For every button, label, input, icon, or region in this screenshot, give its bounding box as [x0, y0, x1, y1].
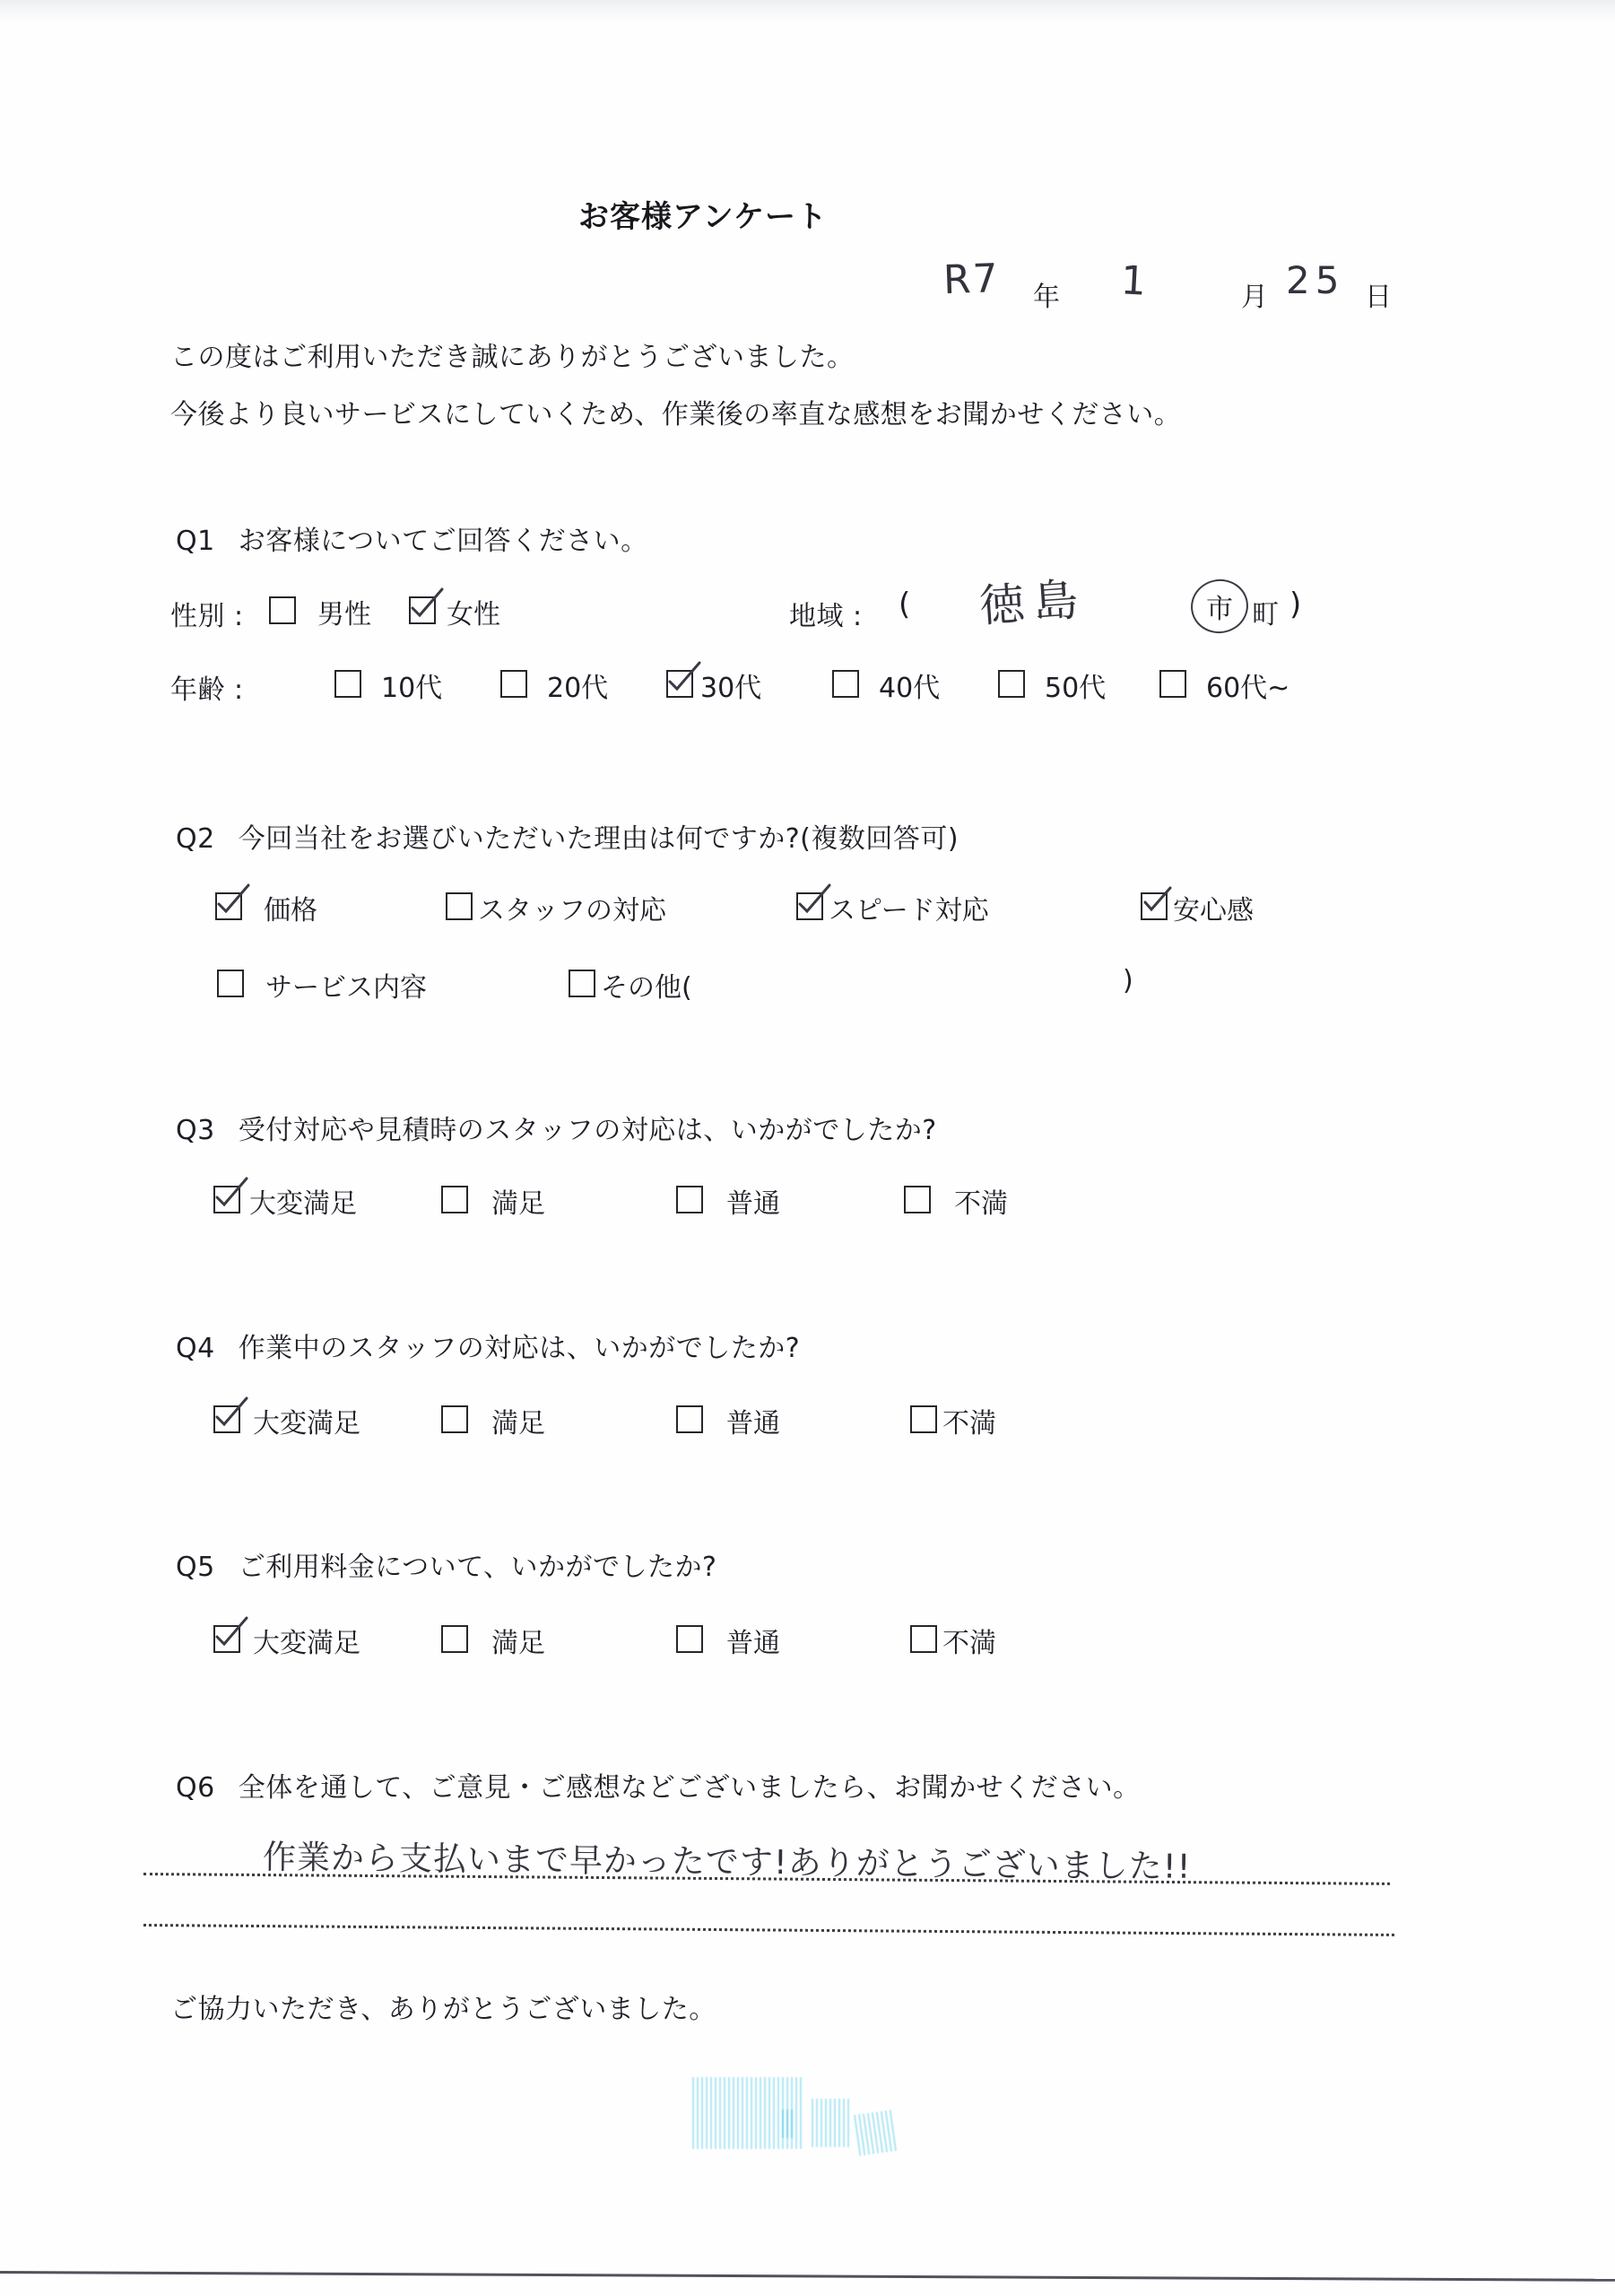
option-label: 価格 — [264, 888, 317, 927]
q4-dissatisfied-checkbox — [910, 1405, 937, 1433]
region-town-label: 町 — [1252, 592, 1280, 631]
q5-satisfied-checkbox — [441, 1625, 468, 1653]
option-label: 50代 — [1045, 665, 1106, 705]
gender-female-option: 女性 — [409, 592, 500, 631]
intro-line: 今後より良いサービスにしていくため、作業後の率直な感想をお聞かせください。 — [170, 392, 1181, 431]
option-label: 女性 — [447, 592, 500, 631]
option-label: 60代~ — [1206, 665, 1289, 705]
day-label: 日 — [1365, 274, 1393, 314]
month-label: 月 — [1241, 274, 1269, 314]
question-text: 作業中のスタッフの対応は、いかがでしたか? — [239, 1333, 800, 1364]
question-number: Q6 — [176, 1772, 215, 1804]
option-label: 大変満足 — [249, 1181, 357, 1221]
gender-female-checkbox — [409, 596, 436, 624]
option-label: その他( — [601, 965, 692, 1004]
q2-other-checkbox — [569, 970, 595, 997]
q3-dissatisfied-checkbox — [904, 1186, 931, 1213]
question-number: Q4 — [176, 1333, 215, 1364]
gender-male-option: 男性 — [269, 592, 371, 631]
q1-heading: Q1お客様についてご回答ください。 — [176, 518, 648, 558]
q3-neutral-option: 普通 — [676, 1181, 780, 1221]
question-text: ご利用料金について、いかがでしたか? — [239, 1552, 717, 1583]
option-label: 普通 — [726, 1181, 780, 1221]
q2-speed-option: スピード対応 — [796, 888, 989, 927]
question-number: Q2 — [176, 823, 215, 855]
age-40s-option: 40代 — [832, 665, 940, 705]
option-label: 普通 — [726, 1621, 780, 1660]
handwritten-check-icon — [211, 1394, 252, 1435]
q2-service-option: サービス内容 — [217, 965, 427, 1004]
year-label: 年 — [1033, 274, 1061, 314]
handwritten-check-icon — [213, 881, 254, 922]
handwritten-day-value: 25 — [1286, 258, 1344, 302]
option-label: 安心感 — [1173, 888, 1254, 927]
stamp-mark — [854, 2109, 899, 2156]
age-10s-checkbox — [334, 670, 361, 698]
q5-dissatisfied-option: 不満 — [910, 1621, 996, 1660]
option-label: 満足 — [491, 1181, 545, 1221]
region-paren-close: ) — [1289, 587, 1301, 622]
q5-neutral-checkbox — [676, 1625, 703, 1653]
age-20s-checkbox — [500, 670, 527, 698]
option-label: 30代 — [700, 665, 761, 705]
age-20s-option: 20代 — [500, 665, 608, 705]
q2-heading: Q2今回当社をお選びいただいた理由は何ですか?(複数回答可) — [176, 816, 959, 856]
q5-dissatisfied-checkbox — [910, 1625, 937, 1653]
q3-dissatisfied-option: 不満 — [904, 1181, 1008, 1221]
handwritten-check-icon — [664, 658, 705, 700]
q4-neutral-checkbox — [676, 1405, 703, 1433]
age-label: 年齢 : — [170, 667, 244, 707]
region-city-label: 市 — [1206, 587, 1234, 626]
question-number: Q3 — [176, 1115, 215, 1146]
question-number: Q1 — [176, 526, 215, 557]
option-label: サービス内容 — [265, 965, 427, 1004]
gender-male-checkbox — [269, 596, 296, 624]
q3-satisfied-checkbox — [441, 1186, 468, 1213]
q2-price-option: 価格 — [215, 888, 317, 927]
question-text: 受付対応や見積時のスタッフの対応は、いかがでしたか? — [239, 1115, 937, 1146]
handwritten-check-icon — [1138, 881, 1179, 922]
question-text: 今回当社をお選びいただいた理由は何ですか?(複数回答可) — [239, 823, 959, 855]
handwritten-check-icon — [406, 585, 447, 626]
handwritten-check-icon — [794, 881, 835, 922]
handwritten-check-icon — [211, 1174, 252, 1215]
question-number: Q5 — [176, 1552, 215, 1583]
option-label: 男性 — [317, 592, 371, 631]
option-label: 普通 — [726, 1401, 780, 1440]
age-60s-checkbox — [1159, 670, 1186, 698]
option-label: スピード対応 — [829, 888, 989, 927]
option-label: 大変満足 — [253, 1621, 360, 1660]
option-label: 不満 — [942, 1401, 996, 1440]
q3-very-satisfied-option: 大変満足 — [213, 1181, 357, 1221]
age-40s-checkbox — [832, 670, 859, 698]
option-label: 大変満足 — [253, 1401, 360, 1440]
option-label: スタッフの対応 — [478, 888, 666, 927]
handwritten-month-value: 1 — [1120, 257, 1150, 305]
q3-satisfied-option: 満足 — [441, 1181, 545, 1221]
handwritten-region-value: 徳島 — [977, 563, 1090, 635]
option-label: 10代 — [381, 665, 442, 705]
intro-line: この度はご利用いただき誠にありがとうございました。 — [170, 335, 855, 374]
option-label: 満足 — [491, 1621, 545, 1660]
q4-satisfied-checkbox — [441, 1405, 468, 1433]
option-label: 40代 — [879, 665, 940, 705]
q4-satisfied-option: 満足 — [441, 1401, 545, 1440]
q2-trust-checkbox — [1141, 892, 1168, 920]
question-text: お客様についてご回答ください。 — [239, 526, 648, 557]
q3-neutral-checkbox — [676, 1186, 703, 1213]
scan-edge-band — [0, 0, 1615, 23]
q5-very-satisfied-option: 大変満足 — [213, 1621, 360, 1660]
scanned-survey-page: お客様アンケート R7 年 1 月 25 日 この度はご利用いただき誠にありがと… — [0, 0, 1615, 2296]
age-30s-option: 30代 — [666, 665, 761, 705]
answer-line — [143, 1924, 1394, 1936]
q2-staff-checkbox — [446, 892, 473, 920]
stamp-mark — [782, 2109, 794, 2138]
option-label: 満足 — [491, 1401, 545, 1440]
handwritten-circle-mark: 市 — [1186, 575, 1252, 638]
q4-dissatisfied-option: 不満 — [910, 1401, 996, 1440]
q4-very-satisfied-option: 大変満足 — [213, 1401, 360, 1440]
q3-very-satisfied-checkbox — [213, 1186, 240, 1213]
q5-heading: Q5ご利用料金について、いかがでしたか? — [176, 1544, 716, 1584]
age-60s-option: 60代~ — [1159, 665, 1289, 705]
closing-text: ご協力いただき、ありがとうございました。 — [170, 1987, 716, 2026]
q2-price-checkbox — [215, 892, 242, 920]
option-label: 20代 — [547, 665, 608, 705]
option-label: 不満 — [954, 1181, 1008, 1221]
q2-trust-option: 安心感 — [1141, 888, 1254, 927]
q4-heading: Q4作業中のスタッフの対応は、いかがでしたか? — [176, 1326, 800, 1365]
age-50s-checkbox — [998, 670, 1025, 698]
option-label: 不満 — [942, 1621, 996, 1660]
q5-neutral-option: 普通 — [676, 1621, 780, 1660]
handwritten-check-icon — [211, 1613, 252, 1655]
q2-service-checkbox — [217, 970, 244, 997]
region-label: 地域 : — [789, 594, 863, 633]
gender-label: 性別 : — [170, 594, 244, 633]
q5-satisfied-option: 満足 — [441, 1621, 545, 1660]
scan-bottom-line — [0, 2271, 1615, 2281]
question-text: 全体を通して、ご意見・ご感想などございましたら、お聞かせください。 — [239, 1772, 1141, 1804]
age-10s-option: 10代 — [334, 665, 442, 705]
region-paren-open: ( — [899, 587, 910, 622]
q4-very-satisfied-checkbox — [213, 1405, 240, 1433]
q2-other-option: その他( — [569, 965, 692, 1004]
q4-neutral-option: 普通 — [676, 1401, 780, 1440]
age-30s-checkbox — [666, 670, 693, 698]
form-title: お客様アンケート — [578, 192, 828, 236]
stamp-mark — [812, 2099, 849, 2147]
handwritten-era-year: R7 — [942, 256, 1000, 303]
age-50s-option: 50代 — [998, 665, 1106, 705]
q5-very-satisfied-checkbox — [213, 1625, 240, 1653]
q6-heading: Q6全体を通して、ご意見・ご感想などございましたら、お聞かせください。 — [176, 1765, 1141, 1805]
q2-other-paren-close: ) — [1123, 965, 1133, 996]
q2-speed-checkbox — [796, 892, 823, 920]
q3-heading: Q3受付対応や見積時のスタッフの対応は、いかがでしたか? — [176, 1108, 937, 1147]
q2-staff-option: スタッフの対応 — [446, 888, 666, 927]
